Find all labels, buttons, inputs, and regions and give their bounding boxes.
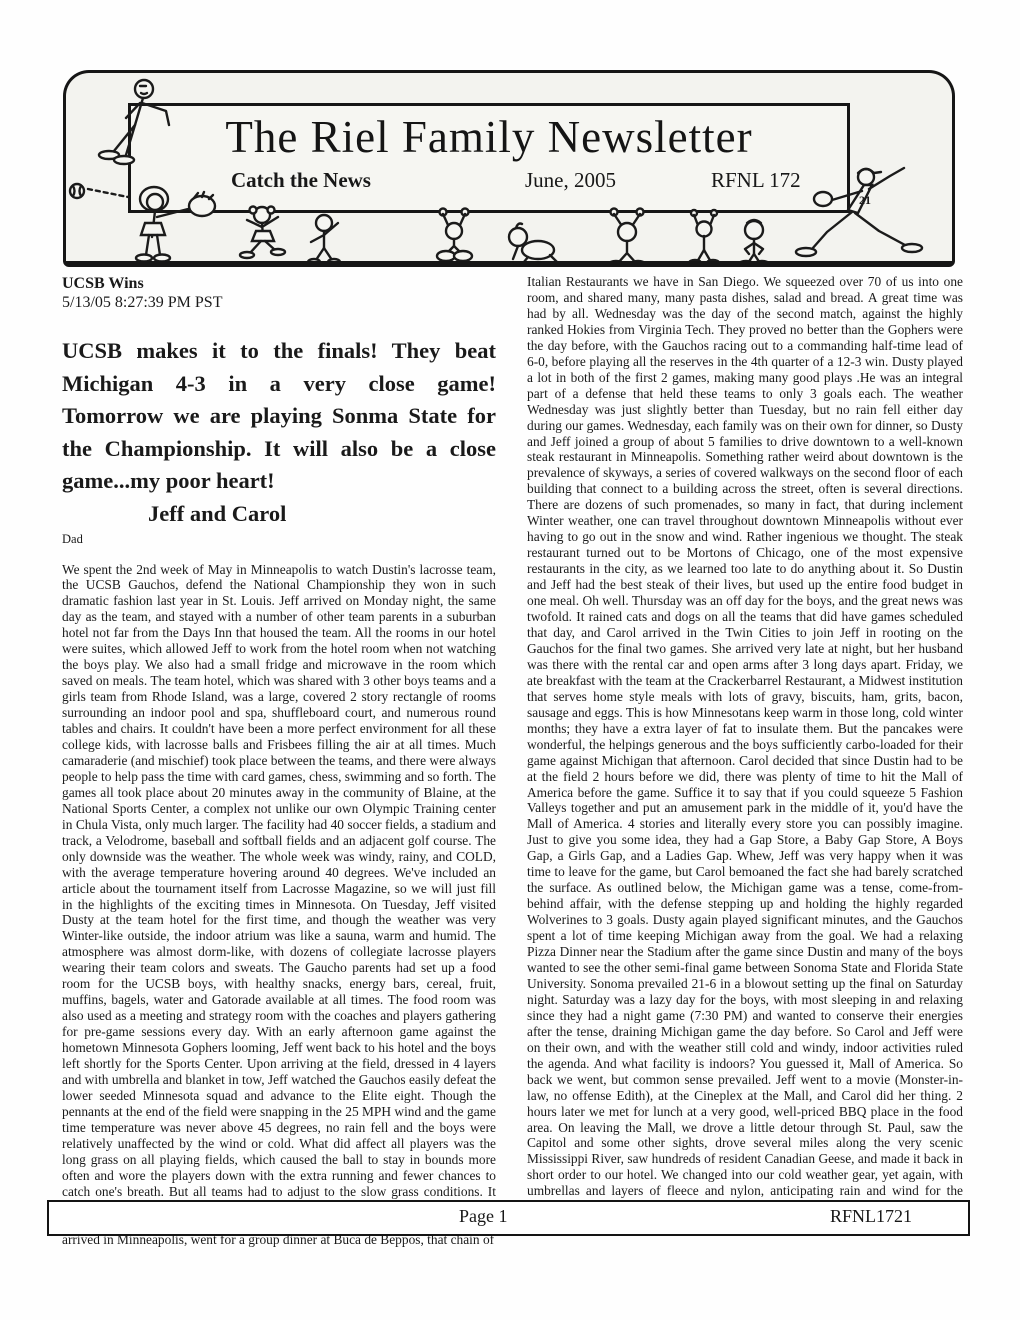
article-heading: UCSB Wins xyxy=(62,274,496,293)
article-byline: Dad xyxy=(62,532,496,547)
cartoon-cheering-kid xyxy=(689,210,719,261)
banner-subtitle-row: Catch the News June, 2005 RFNL 172 xyxy=(131,168,847,194)
baseball-icon xyxy=(70,184,128,198)
cartoon-waving-boy xyxy=(308,215,340,261)
newsletter-page: The Riel Family Newsletter Catch the New… xyxy=(0,0,1020,1320)
cartoon-crawling-baby xyxy=(509,224,557,262)
newsletter-banner: The Riel Family Newsletter Catch the New… xyxy=(63,70,955,267)
pitcher-jersey-number: 21 xyxy=(859,193,871,207)
article-paragraph: Italian Restaurants we have in San Diego… xyxy=(527,274,963,1215)
banner-date: June, 2005 xyxy=(525,168,616,193)
cartoon-running-girl xyxy=(240,207,285,259)
article-headline: UCSB makes it to the finals! They beat M… xyxy=(62,335,496,498)
article-paragraph: We spent the 2nd week of May in Minneapo… xyxy=(62,562,496,1216)
cartoon-hanging-kid xyxy=(437,209,472,262)
page-footer: Page 1 RFNL1721 xyxy=(47,1200,970,1236)
article-signature: Jeff and Carol xyxy=(148,498,496,529)
footer-issue-code: RFNL1721 xyxy=(830,1206,912,1227)
banner-tagline: Catch the News xyxy=(231,168,371,193)
cartoon-parent-lifting-sign xyxy=(609,209,645,262)
banner-issue-number: RFNL 172 xyxy=(711,168,801,193)
newsletter-title: The Riel Family Newsletter xyxy=(131,112,847,162)
banner-sign: The Riel Family Newsletter Catch the New… xyxy=(128,103,850,213)
cartoon-standing-boy xyxy=(739,220,769,261)
article-timestamp: 5/13/05 8:27:39 PM PST xyxy=(62,293,496,312)
left-column: UCSB Wins 5/13/05 8:27:39 PM PST UCSB ma… xyxy=(62,274,496,1247)
right-column: Italian Restaurants we have in San Diego… xyxy=(527,274,963,1215)
page-number: Page 1 xyxy=(459,1206,508,1227)
